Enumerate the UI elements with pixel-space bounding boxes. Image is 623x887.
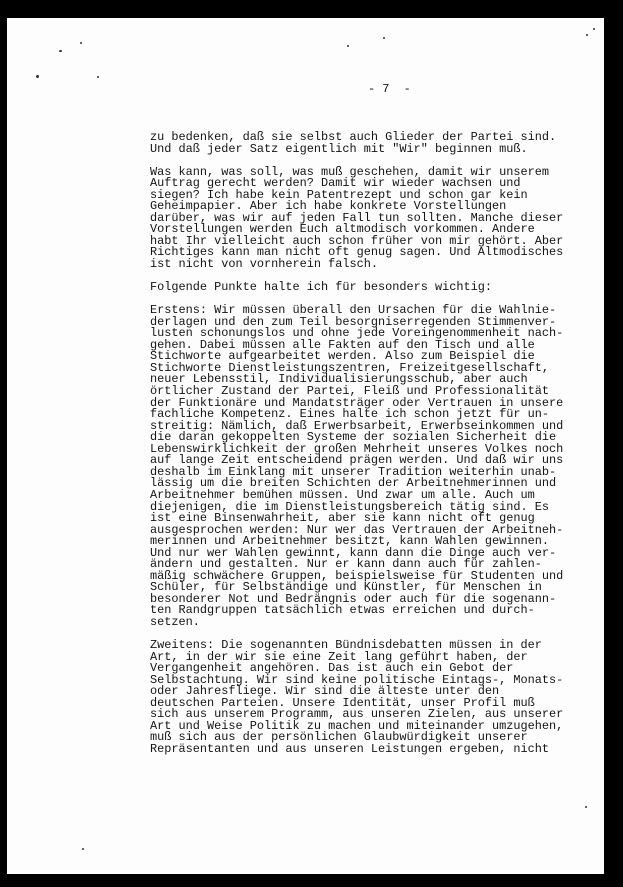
text-line: Und daß jeder Satz eigentlich mit "Wir" … — [150, 144, 600, 156]
text-line: Folgende Punkte halte ich für besonders … — [150, 282, 600, 294]
scan-speck — [347, 45, 349, 47]
scan-speck — [82, 848, 84, 850]
paragraph-zweitens: Zweitens: Die sogenannten Bündnisdebatte… — [150, 640, 600, 755]
scan-speck — [593, 28, 595, 30]
scan-speck — [59, 50, 62, 52]
scan-speck — [585, 806, 587, 808]
text-line: ten Randgruppen tatsächlich etwas erreic… — [150, 605, 600, 617]
text-line: Repräsentanten und aus unseren Leistunge… — [150, 744, 600, 756]
text-line: setzen. — [150, 617, 600, 629]
scan-speck — [36, 75, 39, 78]
paragraph-was-kann: Was kann, was soll, was muß geschehen, d… — [150, 167, 600, 271]
text-line: ist nicht von vornherein falsch. — [150, 259, 600, 271]
scan-speck — [586, 34, 588, 36]
document-body: zu bedenken, daß sie selbst auch Glieder… — [150, 132, 600, 767]
page-number: - 7 - — [368, 82, 411, 96]
scan-speck — [80, 42, 82, 44]
scan-speck — [97, 76, 99, 78]
paragraph-continuation: zu bedenken, daß sie selbst auch Glieder… — [150, 132, 600, 155]
paragraph-erstens: Erstens: Wir müssen überall den Ursachen… — [150, 305, 600, 628]
paragraph-folgende-punkte: Folgende Punkte halte ich für besonders … — [150, 282, 600, 294]
scanned-page: - 7 - zu bedenken, daß sie selbst auch G… — [7, 18, 604, 874]
scan-speck — [383, 37, 385, 39]
